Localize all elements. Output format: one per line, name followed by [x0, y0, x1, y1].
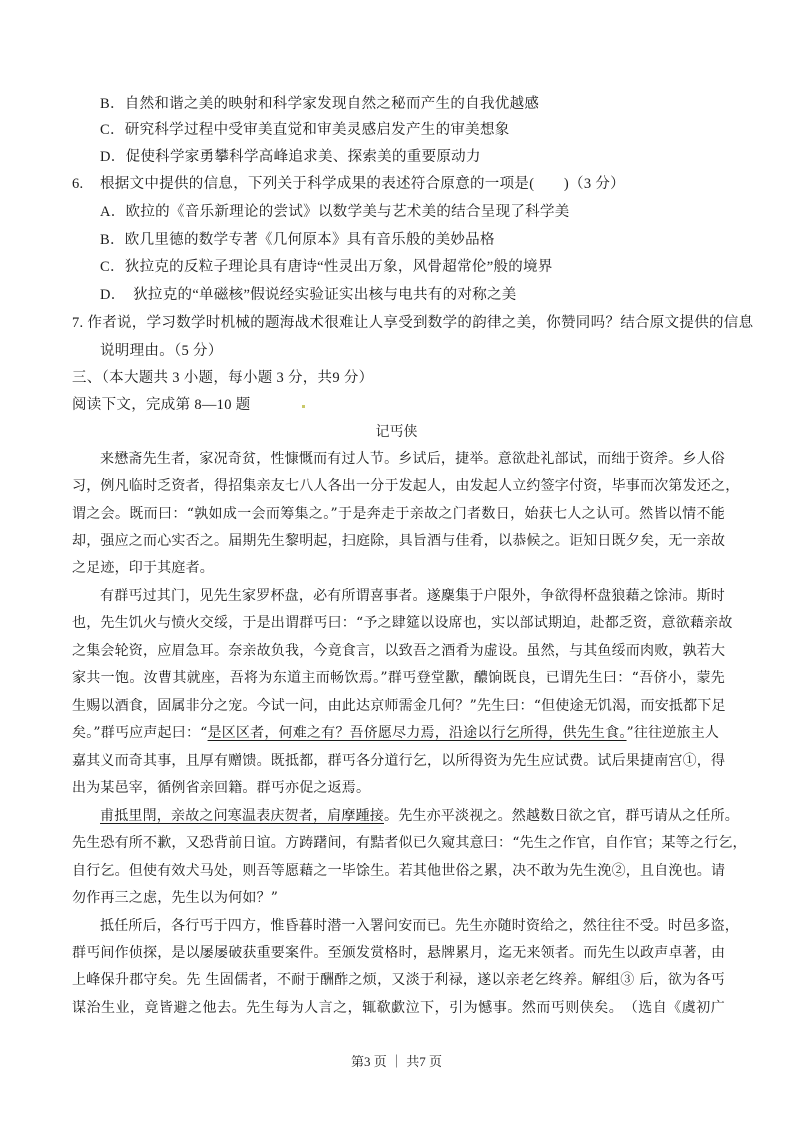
q6-option-b: B．欧几里德的数学专著《几何原本》具有音乐般的美妙品格 [100, 231, 495, 249]
passage-line: 之集会轮资，应眉急耳。奈亲故负我，今竟食言，以致吾之酒肴为虚设。虽然，与其鱼绥而… [72, 642, 725, 660]
passage-line: 群丐间作侦探，是以屡屡破获重要案件。至颁发赏格时，悬牌累月，迄无来领者。而先生以… [72, 944, 725, 962]
section-instruction: 阅读下文，完成第 8—10 题 [72, 396, 251, 414]
passage-title: 记丐侠 [0, 423, 793, 441]
q6-option-a: A．欧拉的《音乐新理论的尝试》以数学美与艺术美的结合呈现了科学美 [100, 203, 570, 221]
q7-stem-cont: 说明理由。（5 分） [100, 342, 223, 360]
passage-line: 习，例凡临时乏资者，得招集亲友七八人各出一分于发起人，由发起人立约签字付资，毕事… [72, 477, 725, 495]
scan-speck [302, 405, 305, 408]
passage-line: 家共一饱。汝曹其就座，吾将为东道主而畅饮焉。”群丐登堂歠，醲饷既良，已谓先生曰：… [72, 669, 725, 687]
underlined-sentence: 甫抵里閈，亲故之问寒温表庆贺者，肩摩踵接 [100, 808, 384, 824]
passage-line: 却，强应之而心实否之。届期先生黎明起，扫庭除，具旨酒与佳肴，以恭候之。讵知日既夕… [72, 532, 725, 550]
passage-text: 。先生亦平淡视之。然越数日欲之官，群丐请从之任所。 [384, 808, 739, 824]
passage-line-mixed: 矣。”群丐应声起曰：“是区区者，何难之有？吾侪愿尽力焉，沿途以行乞所得，供先生食… [72, 724, 725, 742]
passage-line: 上峰保升郡守矣。先 生固儒者，不耐于酬酢之烦，又淡于利禄，遂以亲老乞终养。解组③… [72, 971, 725, 989]
passage-line: 抵任所后，各行丐于四方，惟昏暮时潜一入署问安而已。先生亦随时资给之，然往往不受。… [100, 917, 725, 935]
q6-stem: 根据文中提供的信息，下列关于科学成果的表述符合原意的一项是( )（3 分） [100, 175, 625, 193]
passage-line: 勿作再三之虑，先生以为何如？” [72, 889, 725, 907]
section-heading: 三、（本大题共 3 小题，每小题 3 分，共9 分） [72, 369, 373, 387]
q5-option-d: D．促使科学家勇攀科学高峰追求美、探索美的重要原动力 [100, 148, 481, 166]
q6-option-d: D． 狄拉克的“单磁核”假说经实验证实出核与电共有的对称之美 [100, 286, 517, 304]
underlined-sentence: 是区区者，何难之有？吾侪愿尽力焉，沿途以行乞所得，供先生食。 [208, 725, 627, 741]
passage-text: 矣。”群丐应声起曰： [72, 725, 200, 741]
passage-line: 谋治生业，竟皆避之他去。先生每为人言之，辄欷歔泣下，引为憾事。然而丐则侠矣。 （… [72, 999, 725, 1017]
passage-line: 谓之会。既而曰：“孰如成一会而筹集之。”于是奔走于亲故之门者数日，始获七人之认可… [72, 505, 725, 523]
passage-line: 来懋斋先生者，家况奇贫，性慷慨而有过人节。乡试后，捷举。意欲赴礼部试，而绌于资斧… [100, 450, 725, 468]
q5-option-c: C．研究科学过程中受审美直觉和审美灵感启发产生的审美想象 [100, 121, 510, 139]
q6-number: 6. [72, 175, 83, 193]
passage-line: 生赐以酒食，固属非分之宠。今试一问，由此达京师需金几何？”先生曰：“但使途无饥渴… [72, 697, 725, 715]
passage-line: 先生恐有所不歉，又恐背前日谊。方踌躇间，有黠者似已久窥其意曰：“先生之作官，自作… [72, 834, 725, 852]
passage-line: 之足迹，印于其庭者。 [72, 559, 725, 577]
exam-page: B．自然和谐之美的映射和科学家发现自然之秘而产生的自我优越感 C．研究科学过程中… [0, 0, 793, 1122]
passage-line: 有群丐过其门，见先生家罗杯盘，必有所谓喜事者。遂麇集于户限外，争欲得杯盘狼藉之馀… [100, 587, 725, 605]
passage-line-mixed: 甫抵里閈，亲故之问寒温表庆贺者，肩摩踵接。先生亦平淡视之。然越数日欲之官，群丐请… [100, 807, 725, 825]
passage-line: 自行乞。但使有效犬马处，则吾等愿藉之一毕馀生。若其他世俗之累，决不敢为先生浼②，… [72, 862, 725, 880]
passage-line: 也，先生饥火与愤火交绥，于是出谓群丐曰：“予之肆筵以设席也，实以部试期迫，赴都乏… [72, 614, 725, 632]
passage-text: ”往往逆旅主人 [627, 725, 720, 741]
page-number: 第3 页 ｜ 共7 页 [0, 1051, 793, 1070]
q5-option-b: B．自然和谐之美的映射和科学家发现自然之秘而产生的自我优越感 [100, 95, 539, 113]
q6-option-c: C．狄拉克的反粒子理论具有唐诗“性灵出万象，风骨超常伦”般的境界 [100, 258, 553, 276]
passage-line: 嘉其义而奇其事，且厚有赠馈。既抵都，群丐各分道行乞，以所得资为先生应试费。试后果… [72, 752, 725, 770]
passage-line: 出为某邑宰，循例省亲回籍。群丐亦促之返焉。 [72, 779, 725, 797]
q7-stem: 7. 作者说，学习数学时机械的题海战术很难让人享受到数学的韵律之美，你赞同吗？结… [72, 314, 753, 332]
